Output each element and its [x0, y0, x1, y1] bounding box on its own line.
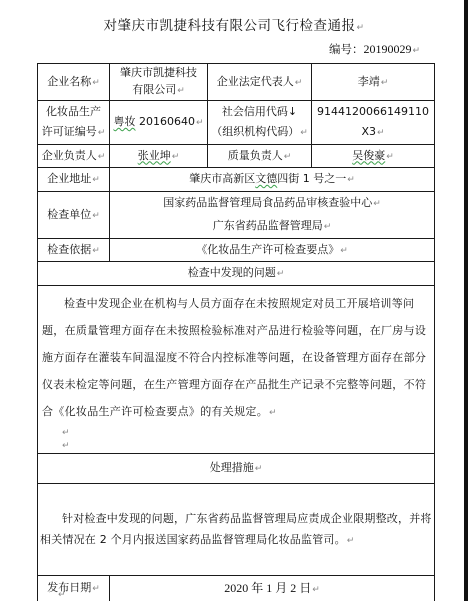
credit-code-value: 9144120066149110 X3↵ — [312, 101, 435, 145]
license-number: 20160640 — [135, 115, 195, 128]
row-measures-header: 处理措施↵ — [38, 454, 435, 484]
window-edge-bar — [464, 0, 468, 601]
license-label: 化妆品生产 许可证编号↵ — [38, 101, 110, 145]
quality-person-value: 吴俊豪↵ — [312, 145, 435, 168]
release-date-value: 2020 年 1 月 2 日↵ — [110, 576, 435, 601]
legal-rep-label: 企业法定代表人↵ — [208, 64, 312, 101]
company-name-value: 肇庆市凯捷科技 有限公司↵ — [110, 64, 208, 101]
row-release-date: 发布日期↵ 2020 年 1 月 2 日↵ — [38, 576, 435, 601]
company-name-line1: 肇庆市凯捷科技 — [113, 64, 204, 81]
findings-text: 检查中发现企业在机构与人员方面存在未按照规定对员工开展培训等问题，在质量管理方面… — [42, 297, 426, 418]
measures-header: 处理措施↵ — [38, 454, 435, 484]
address-value: 肇庆市高新区文德四街 1 号之一↵ — [110, 168, 435, 192]
license-value: 粤妆 20160640↵ — [110, 101, 208, 145]
measures-body: 针对检查中发现的问题，广东省药品监督管理局应责成企业限期整改，并将相关情况在 2… — [38, 484, 435, 576]
document-title: 对肇庆市凯捷科技有限公司飞行检查通报↵ — [0, 14, 468, 34]
inspection-report-table: 企业名称↵ 肇庆市凯捷科技 有限公司↵ 企业法定代表人↵ 李靖↵ 化妆品生产 许… — [37, 63, 435, 601]
release-date-label: 发布日期↵ — [38, 576, 110, 601]
row-findings-header: 检查中发现的问题↵ — [38, 262, 435, 286]
findings-header: 检查中发现的问题↵ — [38, 262, 435, 286]
quality-person-label: 质量负责人↵ — [208, 145, 312, 168]
inspection-basis-value: 《化妆品生产许可检查要点》↵ — [110, 239, 435, 262]
doc-number-label: 编号： — [329, 42, 364, 56]
row-inspection-basis: 检查依据↵ 《化妆品生产许可检查要点》↵ — [38, 239, 435, 262]
measures-text: 针对检查中发现的问题，广东省药品监督管理局应责成企业限期整改，并将相关情况在 2… — [40, 512, 432, 546]
empty-paragraph-marks: ↵↵ — [38, 427, 434, 453]
row-license: 化妆品生产 许可证编号↵ 粤妆 20160640↵ 社会信用代码↓ （组织机构代… — [38, 101, 435, 145]
license-prefix: 粤妆 — [113, 115, 135, 128]
legal-rep-value: 李靖↵ — [312, 64, 435, 101]
row-inspection-unit: 检查单位↵ 国家药品监督管理局食品药品审核查验中心↵ 广东省药品监督管理局↵ — [38, 192, 435, 239]
doc-number-value: 20190029 — [363, 42, 411, 56]
inspection-unit-value: 国家药品监督管理局食品药品审核查验中心↵ 广东省药品监督管理局↵ — [110, 192, 435, 239]
paragraph-mark-icon: ↵ — [412, 46, 420, 56]
responsible-person-label: 企业负责人↵ — [38, 145, 110, 168]
row-measures-body: 针对检查中发现的问题，广东省药品监督管理局应责成企业限期整改，并将相关情况在 2… — [38, 484, 435, 576]
credit-code-label: 社会信用代码↓ （组织机构代码）↵ — [208, 101, 312, 145]
paragraph-mark-icon: ↵ — [58, 590, 66, 600]
company-name-line2: 有限公司 — [132, 83, 176, 96]
address-label: 企业地址↵ — [38, 168, 110, 192]
inspection-basis-label: 检查依据↵ — [38, 239, 110, 262]
row-persons: 企业负责人↵ 张业坤↵ 质量负责人↵ 吴俊豪↵ — [38, 145, 435, 168]
paragraph-mark-icon: ↵ — [356, 23, 364, 33]
inspection-unit-label: 检查单位↵ — [38, 192, 110, 239]
title-text: 对肇庆市凯捷科技有限公司飞行检查通报 — [103, 18, 355, 34]
responsible-person-value: 张业坤↵ — [110, 145, 208, 168]
row-company-name: 企业名称↵ 肇庆市凯捷科技 有限公司↵ 企业法定代表人↵ 李靖↵ — [38, 64, 435, 101]
document-number: 编号：20190029↵ — [329, 41, 420, 57]
row-findings-body: 检查中发现企业在机构与人员方面存在未按照规定对员工开展培训等问题，在质量管理方面… — [38, 286, 435, 454]
company-name-label: 企业名称↵ — [38, 64, 110, 101]
findings-body: 检查中发现企业在机构与人员方面存在未按照规定对员工开展培训等问题，在质量管理方面… — [38, 286, 435, 454]
row-address: 企业地址↵ 肇庆市高新区文德四街 1 号之一↵ — [38, 168, 435, 192]
